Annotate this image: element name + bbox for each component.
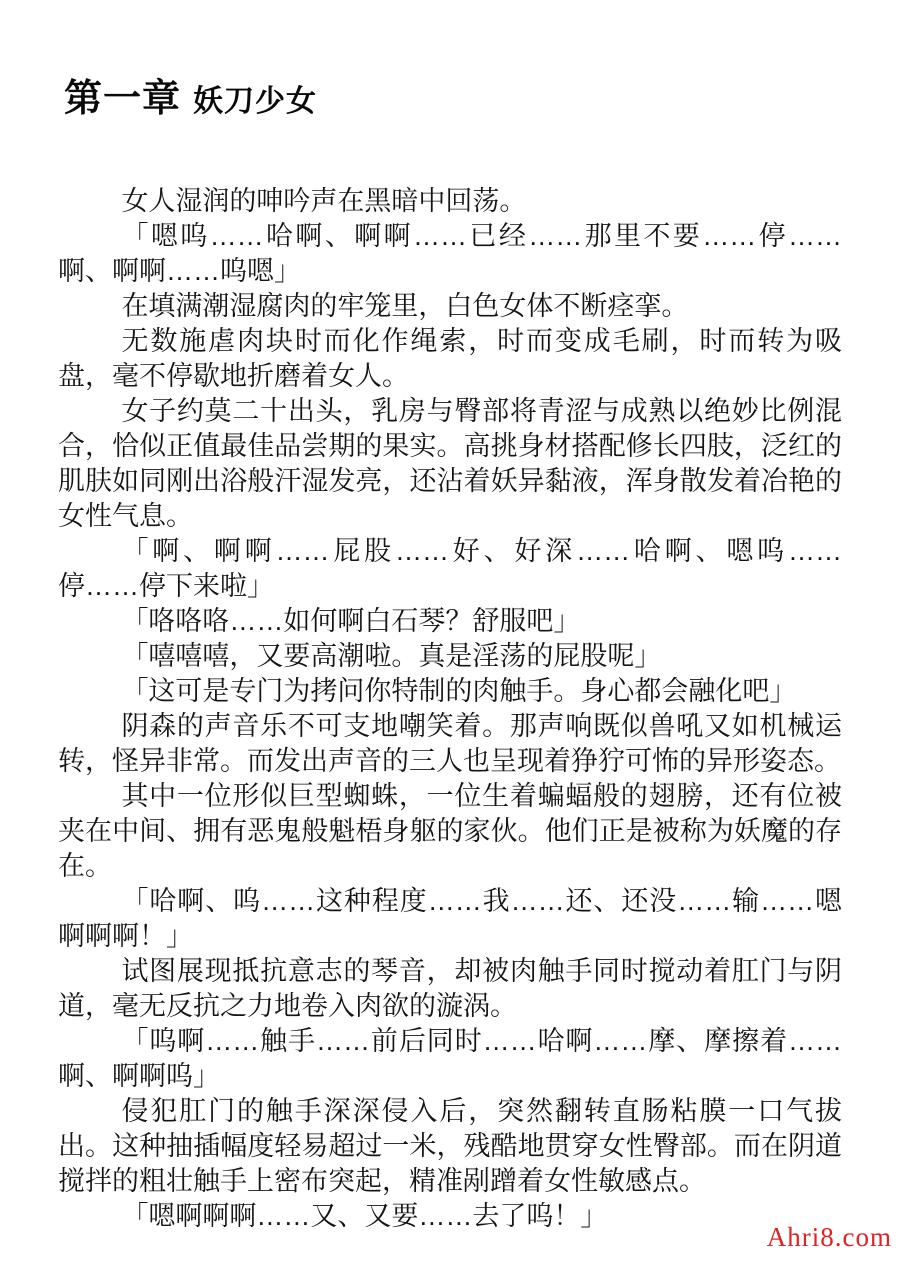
chapter-name: 妖刀少女 (193, 85, 317, 118)
paragraph: 女人湿润的呻吟声在黑暗中回荡。 (58, 184, 842, 219)
paragraphs: 女人湿润的呻吟声在黑暗中回荡。「嗯呜……哈啊、啊啊……已经……那里不要……停……… (58, 184, 842, 1234)
paragraph: 「这可是专门为拷问你特制的肉触手。身心都会融化吧」 (58, 674, 842, 709)
paragraph: 「呜啊……触手……前后同时……哈啊……摩、摩擦着……啊、啊啊呜」 (58, 1024, 842, 1094)
paragraph: 「啊、啊啊……屁股……好、好深……哈啊、嗯呜……停……停下来啦」 (58, 534, 842, 604)
paragraph: 其中一位形似巨型蜘蛛，一位生着蝙蝠般的翅膀，还有位被夹在中间、拥有恶鬼般魁梧身躯… (58, 779, 842, 884)
paragraph: 试图展现抵抗意志的琴音，却被肉触手同时搅动着肛门与阴道，毫无反抗之力地卷入肉欲的… (58, 954, 842, 1024)
chapter-title: 第一章妖刀少女 (64, 80, 842, 118)
paragraph: 「嗯呜……哈啊、啊啊……已经……那里不要……停……啊、啊啊……呜嗯」 (58, 219, 842, 289)
paragraph: 阴森的声音乐不可支地嘲笑着。那声响既似兽吼又如机械运转，怪异非常。而发出声音的三… (58, 709, 842, 779)
paragraph: 侵犯肛门的触手深深侵入后，突然翻转直肠粘膜一口气拔出。这种抽插幅度轻易超过一米，… (58, 1094, 842, 1199)
watermark-text: Ahri8.com (767, 1222, 892, 1253)
chapter-number: 第一章 (64, 78, 181, 120)
paragraph: 「咯咯咯……如何啊白石琴？舒服吧」 (58, 604, 842, 639)
document-page: 第一章妖刀少女 女人湿润的呻吟声在黑暗中回荡。「嗯呜……哈啊、啊啊……已经……那… (0, 0, 900, 1261)
paragraph: 无数施虐肉块时而化作绳索，时而变成毛刷，时而转为吸盘，毫不停歇地折磨着女人。 (58, 324, 842, 394)
paragraph: 「嗯啊啊啊……又、又要……去了呜！」 (58, 1199, 842, 1234)
paragraph: 在填满潮湿腐肉的牢笼里，白色女体不断痉挛。 (58, 289, 842, 324)
paragraph: 「嘻嘻嘻，又要高潮啦。真是淫荡的屁股呢」 (58, 639, 842, 674)
paragraph: 女子约莫二十出头，乳房与臀部将青涩与成熟以绝妙比例混合，恰似正值最佳品尝期的果实… (58, 394, 842, 534)
paragraph: 「哈啊、呜……这种程度……我……还、还没……输……嗯啊啊啊！」 (58, 884, 842, 954)
